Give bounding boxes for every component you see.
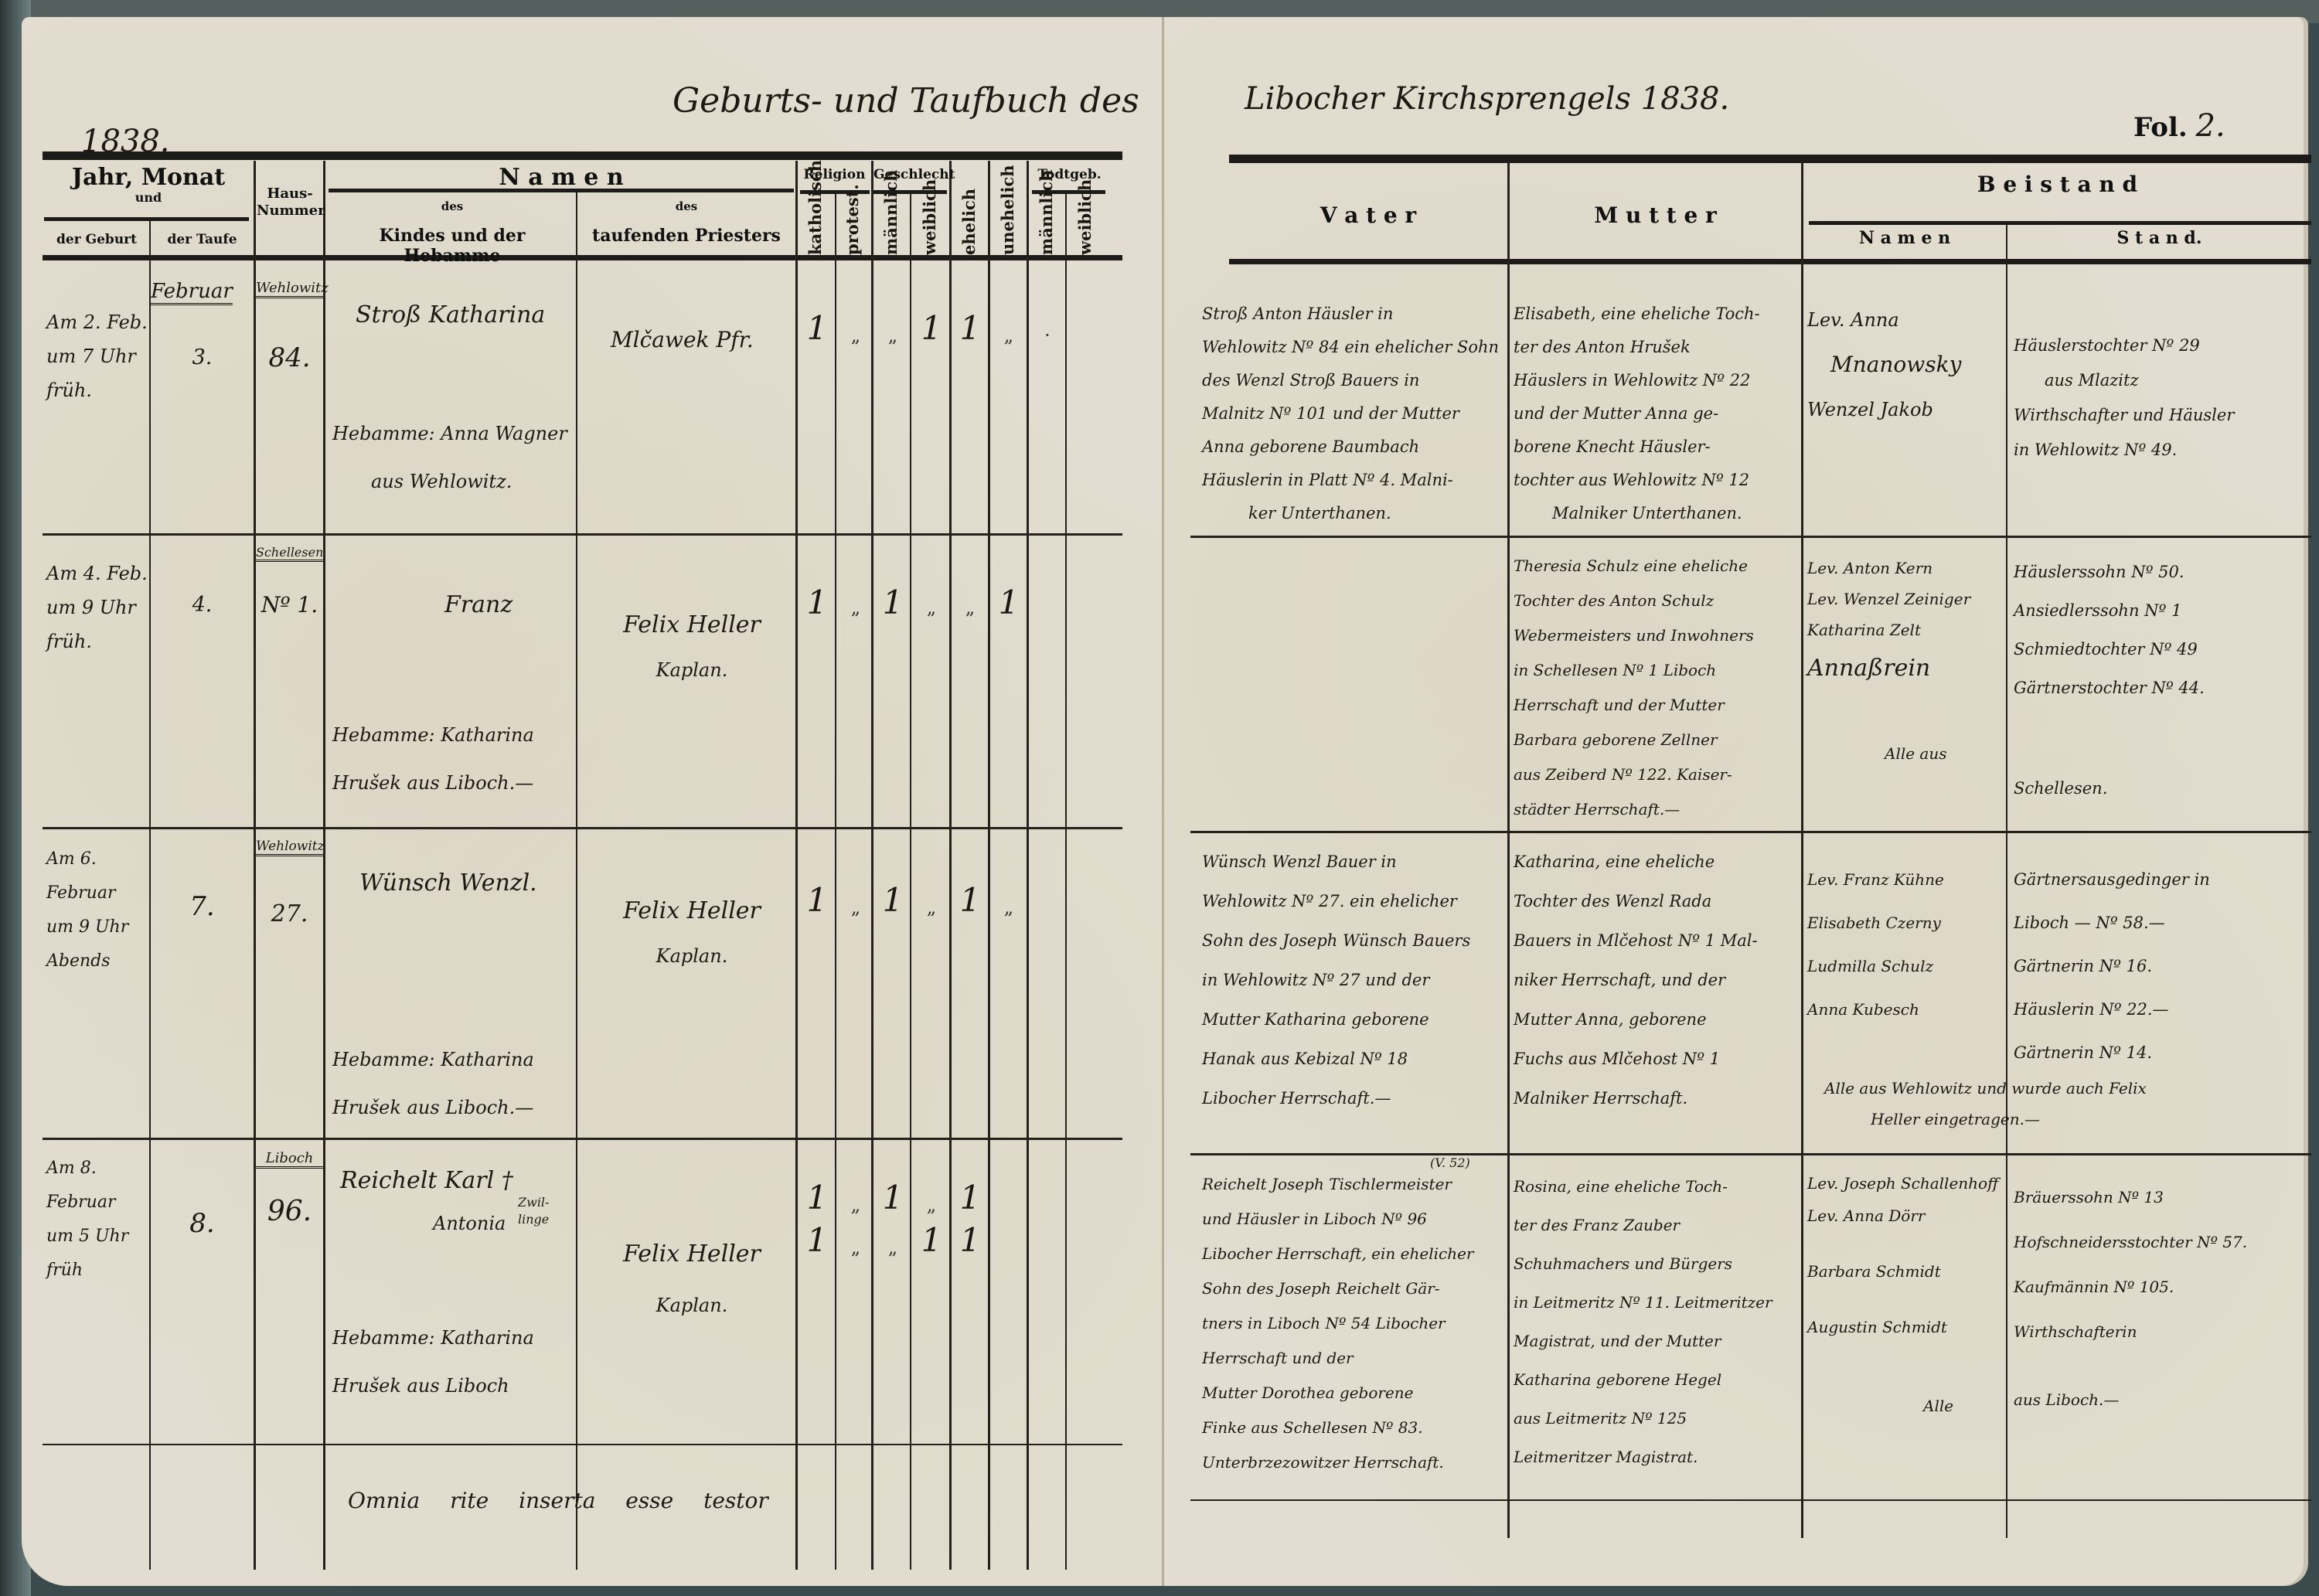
mark-catholic: 1: [798, 584, 836, 621]
midwife: Hebamme: Katharina Hrušek aus Liboch.—: [332, 711, 576, 807]
mark-legitimate-twin: 1: [951, 1221, 989, 1259]
mother-details: Rosina, eine eheliche Toch- ter des Fran…: [1514, 1167, 1800, 1476]
mark-protestant-twin: „: [836, 1237, 875, 1258]
sponsor-status: Bräuerssohn Nº 13 Hofschneidersstochter …: [2014, 1175, 2307, 1422]
col-divider: [795, 161, 798, 1570]
baptism-date: 8.: [151, 1206, 254, 1241]
header-legitimate: ehelich: [959, 195, 979, 255]
mark-protestant: „: [836, 325, 875, 346]
mark-stillborn-male: ·: [1028, 325, 1067, 346]
col-divider: [323, 161, 325, 1570]
mark-catholic: 1: [798, 1179, 836, 1217]
sponsor-names: Lev. Franz Kühne Elisabeth Czerny Ludmil…: [1807, 858, 2004, 1031]
row-divider: [1190, 1499, 2311, 1501]
midwife: Hebamme: Katharina Hrušek aus Liboch.—: [332, 1036, 576, 1131]
col-divider: [1801, 162, 1803, 1538]
sponsor-status: Häuslerstochter Nº 29 aus Mlazitz Wirths…: [2014, 328, 2307, 468]
village-name: Wehlowitz: [256, 280, 323, 298]
folio-label: Fol.: [2133, 112, 2188, 143]
birth-date: Am 2. Feb. um 7 Uhr früh.: [46, 305, 151, 407]
village-name: Schellesen: [256, 545, 323, 562]
header-date-und: und: [44, 190, 253, 205]
folio: Fol. 2.: [2133, 108, 2225, 144]
header-illegitimate: unehelich: [998, 195, 1017, 255]
child-name: Reichelt Karl †: [340, 1163, 513, 1199]
mark-male: 1: [873, 584, 912, 621]
header-father: V a t e r: [1229, 202, 1507, 228]
mark-male: 1: [873, 1179, 912, 1217]
col-divider: [1065, 194, 1067, 1570]
mark-female: „: [912, 897, 951, 918]
row-divider: [1190, 536, 2311, 538]
left-header-bottom-rule: [43, 255, 1122, 260]
row-divider: [43, 827, 1122, 829]
midwife: Hebamme: Anna Wagner aus Wehlowitz.: [332, 410, 576, 505]
header-sponsor-names: N a m e n: [1803, 228, 2006, 248]
row-divider: [1190, 831, 2311, 833]
attestation-note: Omnia rite inserta esse testor: [348, 1488, 768, 1513]
mark-male-twin: „: [873, 1237, 912, 1258]
header-female: weiblich: [920, 195, 939, 255]
mark-female: „: [912, 1194, 951, 1216]
header-protestant: protest.: [843, 195, 862, 255]
priest-name: Felix Heller Kaplan.: [587, 889, 796, 978]
right-page-title: Libocher Kirchsprengels 1838.: [1245, 81, 1729, 117]
village-name: Wehlowitz: [256, 839, 323, 856]
house-number: 27.: [256, 897, 323, 932]
mother-details: Theresia Schulz eine eheliche Tochter de…: [1514, 549, 1800, 827]
sponsor-status: Gärtnersausgedinger in Liboch — Nº 58.— …: [2014, 858, 2307, 1074]
child-name: Wünsch Wenzl.: [359, 866, 537, 901]
header-sponsors: B e i s t a n d: [1803, 172, 2311, 197]
row-divider: [43, 1444, 1122, 1445]
sponsor-names: Lev. Anna Mnanowsky Wenzel Jakob: [1807, 298, 2004, 432]
header-baptism: der Taufe: [151, 232, 254, 247]
mark-legitimate: 1: [951, 309, 989, 347]
sponsors-origin-note: Alle aus Wehlowitz und wurde auch Felix …: [1824, 1073, 2304, 1135]
header-birth: der Geburt: [44, 232, 149, 247]
row-divider: [43, 533, 1122, 536]
child-name: Franz: [444, 587, 512, 623]
mark-catholic: 1: [798, 309, 836, 347]
sponsor-names: Lev. Anton Kern Lev. Wenzel Zeiniger Kat…: [1807, 553, 2004, 769]
child-name-twin: Antonia: [433, 1206, 506, 1241]
father-details: Stroß Anton Häusler in Wehlowitz Nº 84 e…: [1202, 298, 1503, 530]
left-page-title: Geburts- und Taufbuch des: [673, 81, 1139, 121]
col-divider: [871, 161, 873, 1570]
father-details: Reichelt Joseph Tischlermeister und Häus…: [1202, 1167, 1503, 1480]
mark-protestant: „: [836, 1194, 875, 1216]
header-catholic: katholisch: [805, 195, 825, 255]
village-name: Liboch: [256, 1150, 323, 1169]
mark-catholic-twin: 1: [798, 1221, 836, 1259]
mark-male: 1: [873, 881, 912, 919]
header-names-group: N a m e n: [329, 164, 794, 191]
father-details: Wünsch Wenzl Bauer in Wehlowitz Nº 27. e…: [1202, 842, 1503, 1118]
mother-details: Katharina, eine eheliche Tochter des Wen…: [1514, 842, 1800, 1118]
mark-protestant: „: [836, 897, 875, 918]
col-divider: [1027, 161, 1029, 1570]
mark-female: 1: [912, 309, 951, 347]
house-number: Nº 1.: [256, 587, 323, 623]
priest-name: Felix Heller Kaplan.: [587, 603, 796, 693]
mark-illegitimate: „: [989, 325, 1028, 346]
mother-details: Elisabeth, eine eheliche Toch- ter des A…: [1514, 298, 1800, 530]
house-number: 96.: [256, 1194, 323, 1230]
birth-date: Am 6. Februar um 9 Uhr Abends: [46, 842, 151, 978]
baptism-date: 3.: [151, 340, 254, 376]
mark-legitimate: „: [951, 597, 989, 618]
header-stillborn-female: weiblich: [1075, 195, 1095, 255]
midwife: Hebamme: Katharina Hrušek aus Liboch: [332, 1314, 576, 1410]
birth-date: Am 8. Februar um 5 Uhr früh: [46, 1152, 151, 1288]
col-divider: [1507, 162, 1510, 1538]
sponsor-subheader-rule: [1809, 221, 2311, 225]
month-label: Februar: [151, 280, 233, 305]
header-house-number: Haus-Nummer: [257, 185, 323, 219]
mark-legitimate: 1: [951, 881, 989, 919]
header-date-group: Jahr, Monat: [44, 164, 253, 191]
header-child-midwife: Kindes und der Hebamme: [329, 226, 576, 266]
sponsor-names: Lev. Joseph Schallenhoff Lev. Anna Dörr …: [1807, 1167, 2004, 1422]
mark-female-twin: 1: [912, 1221, 951, 1259]
baptism-date: 7.: [151, 889, 254, 924]
house-number: 84.: [256, 340, 323, 376]
priest-name: Mlčawek Pfr.: [611, 325, 754, 356]
header-stillborn-male: männlich: [1037, 195, 1056, 255]
row-divider: [43, 1138, 1122, 1140]
mark-catholic: 1: [798, 881, 836, 919]
header-priest: taufenden Priesters: [577, 226, 795, 246]
priest-name: Felix Heller Kaplan.: [587, 1229, 796, 1331]
mark-female: „: [912, 597, 951, 618]
folio-number: 2.: [2196, 108, 2225, 144]
mark-protestant: „: [836, 597, 875, 618]
sponsor-status: Häuslerssohn Nº 50. Ansiedlerssohn Nº 1 …: [2014, 553, 2307, 808]
header-mother: M u t t e r: [1510, 202, 1801, 228]
twins-note: Zwil-linge: [518, 1194, 572, 1228]
col-divider: [2006, 225, 2007, 1538]
mark-male: „: [873, 325, 912, 346]
row-divider: [1190, 1153, 2311, 1155]
right-top-rule: [1229, 155, 2311, 163]
date-subheader-rule: [44, 217, 249, 221]
header-priest-des: des: [577, 199, 795, 213]
left-top-rule: [43, 151, 1122, 160]
child-name: Stroß Katharina: [356, 298, 545, 333]
mark-illegitimate: „: [989, 897, 1028, 918]
col-divider: [576, 192, 577, 1570]
baptism-date: 4.: [151, 587, 254, 623]
header-child-des: des: [329, 199, 576, 213]
birth-date: Am 4. Feb. um 9 Uhr früh.: [46, 556, 151, 658]
mark-legitimate: 1: [951, 1179, 989, 1217]
left-page: [22, 17, 1164, 1586]
col-divider: [988, 161, 990, 1570]
header-male: männlich: [881, 195, 901, 255]
col-divider: [949, 161, 952, 1570]
header-sponsor-status: S t a n d.: [2007, 228, 2311, 248]
mark-illegitimate: 1: [989, 584, 1028, 621]
right-header-bottom-rule: [1229, 259, 2311, 264]
